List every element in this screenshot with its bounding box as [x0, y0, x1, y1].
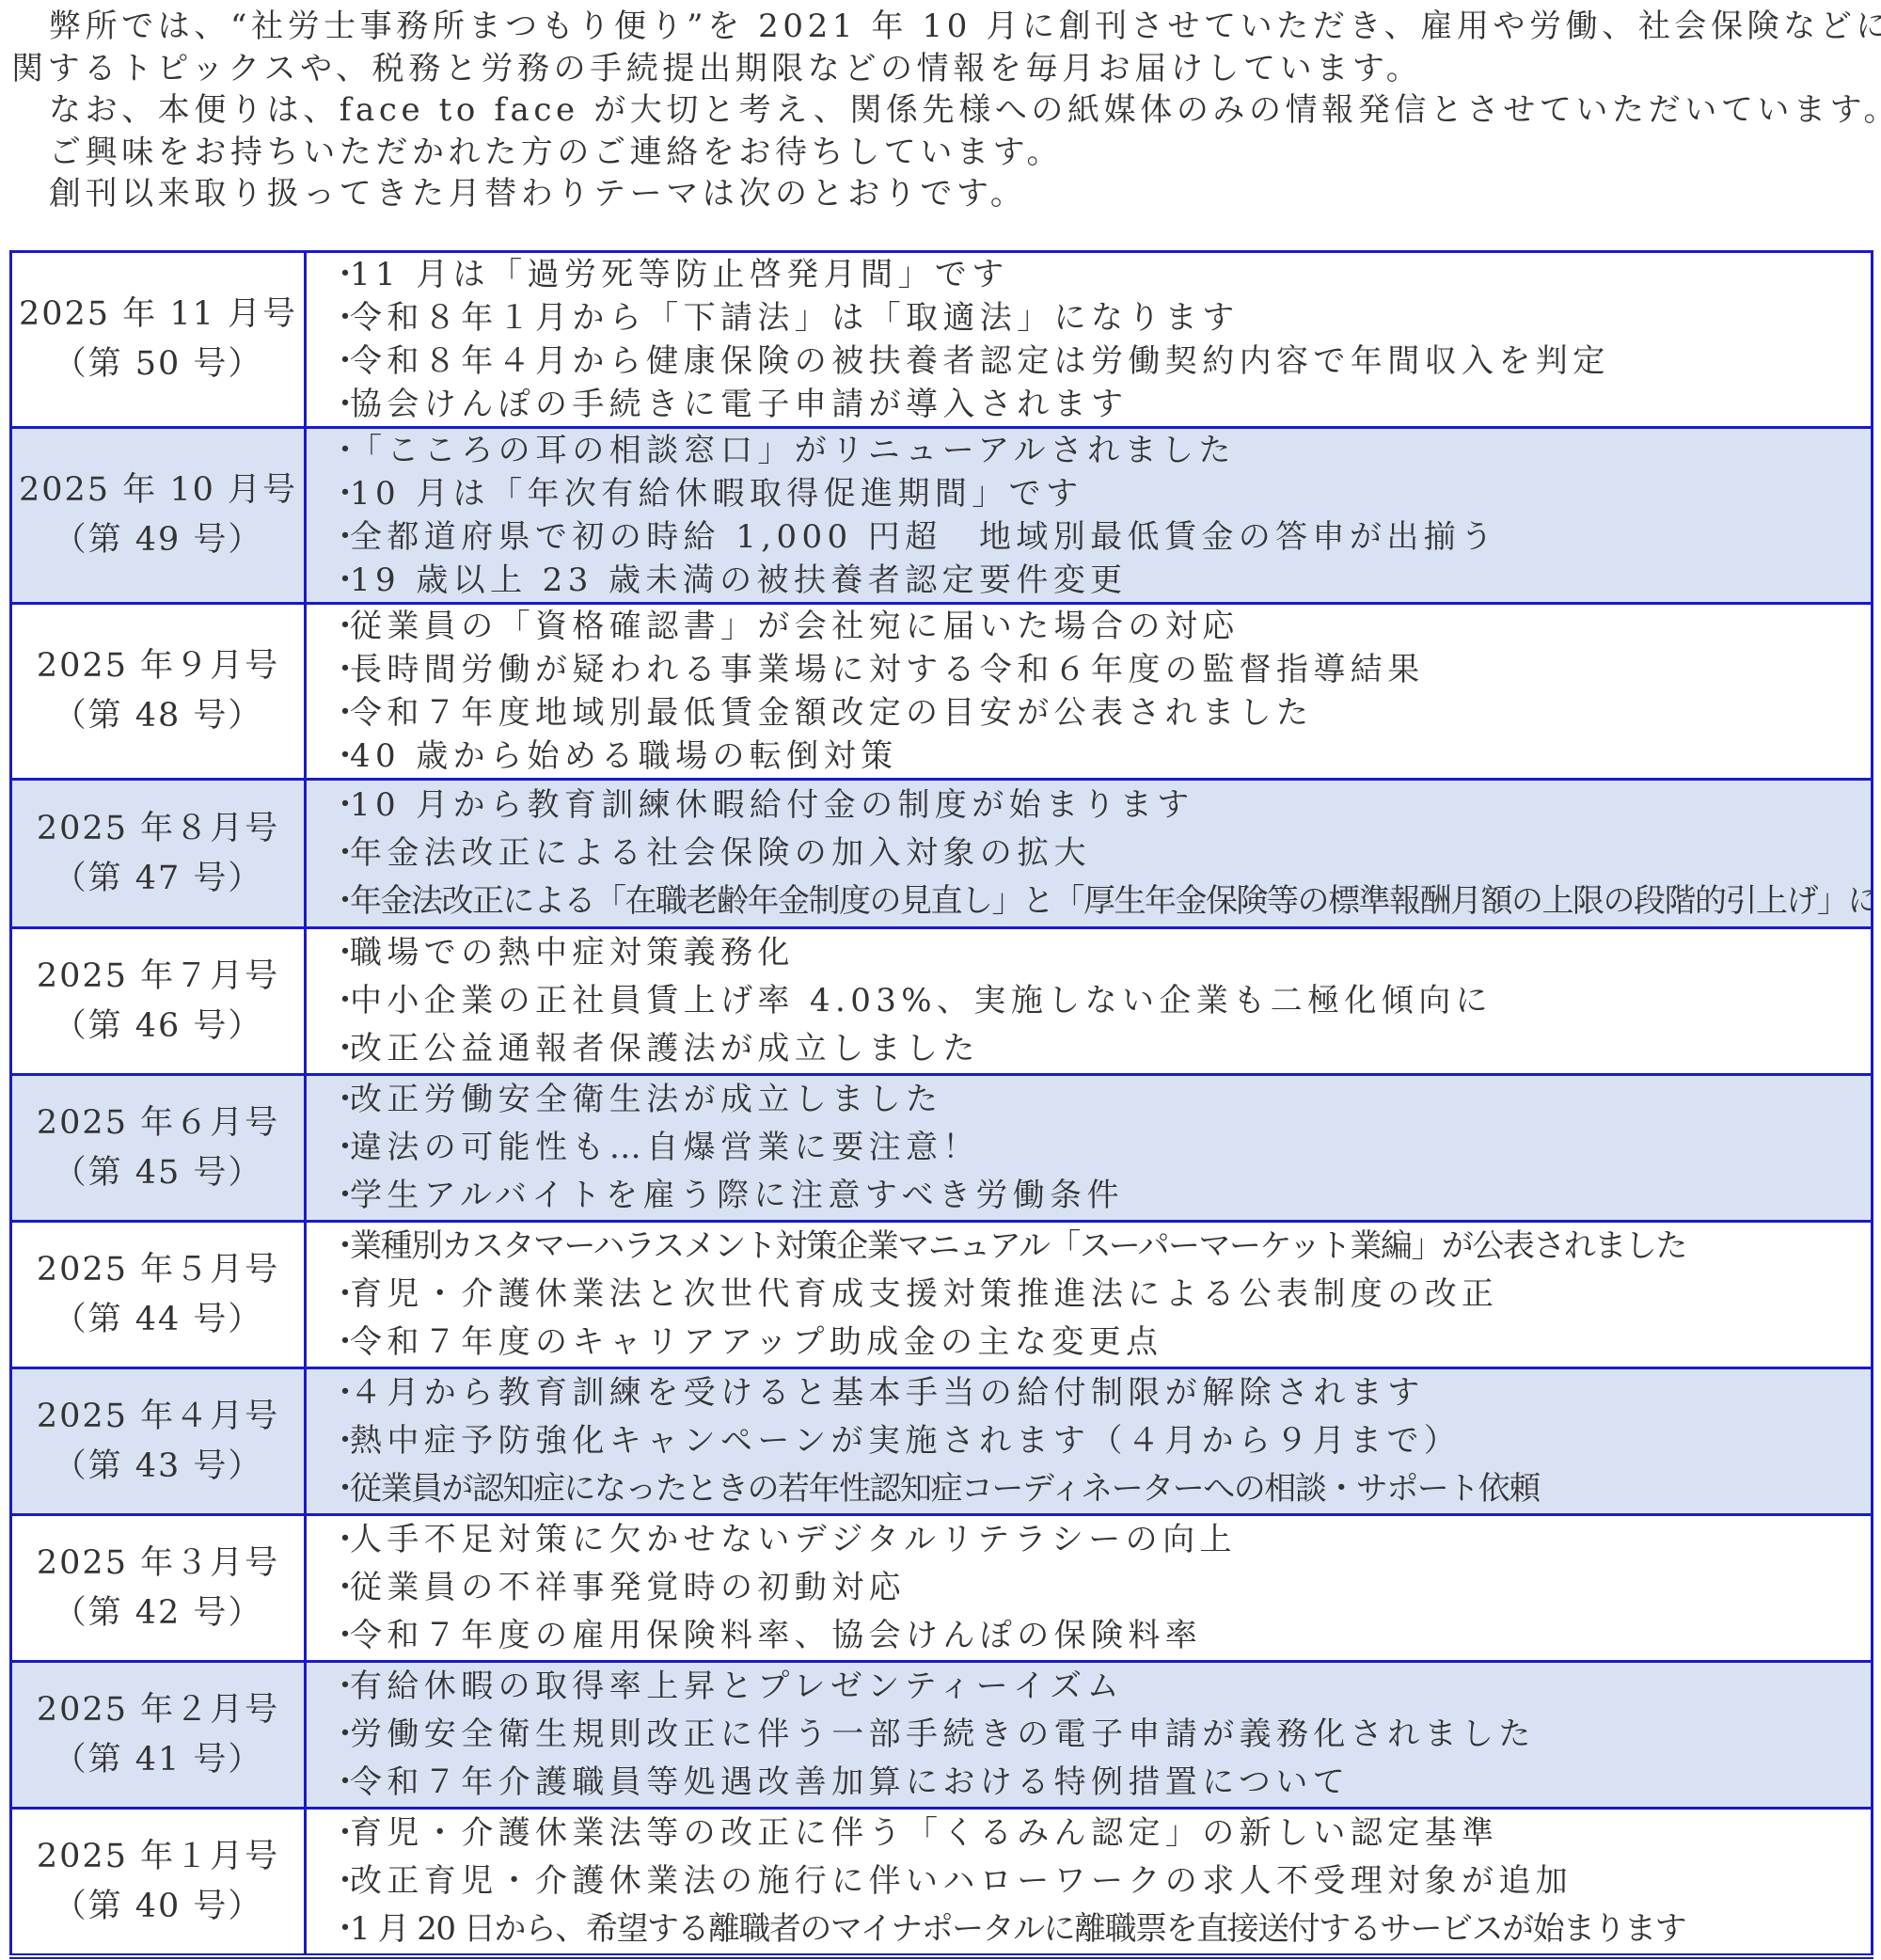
bullet-icon: ・ [329, 929, 350, 977]
topic-item: ・「こころの耳の相談窓口」がリニューアルされました [329, 429, 1871, 472]
topic-item: ・令和７年介護職員等処遇改善加算における特例措置について [329, 1759, 1871, 1807]
table-row: 2025 年６月号 （第 45 号） ・改正労働安全衛生法が成立しました ・違法… [11, 1075, 1873, 1222]
issue-number: （第 49 号） [12, 515, 304, 565]
table-row: 2025 年９月号 （第 48 号） ・従業員の「資格確認書」が会社宛に届いた場… [11, 604, 1873, 780]
bullet-icon: ・ [329, 1810, 350, 1857]
bullet-icon: ・ [329, 1759, 350, 1807]
topic-item: ・令和８年４月から健康保険の被扶養者認定は労働契約内容で年間収入を判定 [329, 340, 1871, 383]
issue-month: 2025 年６月号 [12, 1099, 304, 1148]
table-row: 2025 年７月号 （第 46 号） ・職場での熱中症対策義務化 ・中小企業の正… [11, 928, 1873, 1075]
intro-line: ご興味をお持ちいただかれた方のご連絡をお待ちしています。 [11, 132, 1878, 174]
issue-month: 2025 年２月号 [12, 1685, 304, 1735]
topic-item: ・職場での熱中症対策義務化 [329, 929, 1871, 977]
topic-item: ・熱中症予防強化キャンペーンが実施されます（４月から９月まで） [329, 1417, 1871, 1465]
issue-cell: 2025 年９月号 （第 48 号） [11, 604, 306, 780]
bullet-icon: ・ [329, 1711, 350, 1759]
table-row: 2025 年８月号 （第 47 号） ・10 月から教育訓練休暇給付金の制度が始… [11, 780, 1873, 928]
intro-text: 弊所では、“社労士事務所まつもり便り”を 2021 年 10 月に創刊させていた… [11, 6, 1878, 215]
topic-item: ・従業員の不祥事発覚時の初動対応 [329, 1564, 1871, 1612]
topic-item: ・育児・介護休業法と次世代育成支援対策推進法による公表制度の改正 [329, 1271, 1871, 1319]
monthly-topics-table: 2025 年 11 月号 （第 50 号） ・11 月は「過労死等防止啓発月間」… [9, 250, 1873, 1959]
bullet-icon: ・ [329, 1905, 350, 1953]
bullet-icon: ・ [329, 429, 350, 472]
bullet-icon: ・ [329, 1564, 350, 1612]
bullet-icon: ・ [329, 1612, 350, 1660]
topic-item: ・全都道府県で初の時給 1,000 円超 地域別最低賃金の答申が出揃う [329, 515, 1871, 559]
bullet-icon: ・ [329, 1857, 350, 1905]
topic-item: ・年金法改正による社会保険の加入対象の拡大 [329, 830, 1871, 877]
topic-item: ・長時間労働が疑われる事業場に対する令和６年度の監督指導結果 [329, 648, 1871, 691]
bullet-icon: ・ [329, 830, 350, 877]
bullet-icon: ・ [329, 1319, 350, 1367]
topic-item: ・令和７年度の雇用保険料率、協会けんぽの保険料率 [329, 1612, 1871, 1660]
topic-item: ・人手不足対策に欠かせないデジタルリテラシーの向上 [329, 1516, 1871, 1564]
topics-cell: ・従業員の「資格確認書」が会社宛に届いた場合の対応 ・長時間労働が疑われる事業場… [306, 604, 1873, 780]
issue-cell: 2025 年７月号 （第 46 号） [11, 928, 306, 1075]
bullet-icon: ・ [329, 1516, 350, 1564]
bullet-icon: ・ [329, 782, 350, 830]
bullet-icon: ・ [329, 1271, 350, 1319]
topic-item: ・10 月から教育訓練休暇給付金の制度が始まります [329, 782, 1871, 830]
topics-cell: ・10 月から教育訓練休暇給付金の制度が始まります ・年金法改正による社会保険の… [306, 780, 1873, 928]
intro-line: なお、本便りは、face to face が大切と考え、関係先様への紙媒体のみの… [11, 89, 1878, 132]
topic-item: ・従業員が認知症になったときの若年性認知症コーディネーターへの相談・サポート依頼 [329, 1465, 1871, 1513]
issue-month: 2025 年 11 月号 [12, 290, 304, 340]
issue-cell: 2025 年４月号 （第 43 号） [11, 1368, 306, 1515]
bullet-icon: ・ [329, 1124, 350, 1172]
topics-cell: ・人手不足対策に欠かせないデジタルリテラシーの向上 ・従業員の不祥事発覚時の初動… [306, 1515, 1873, 1662]
topics-cell: ・有給休暇の取得率上昇とプレゼンティーイズム ・労働安全衛生規則改正に伴う一部手… [306, 1662, 1873, 1809]
bullet-icon: ・ [329, 1076, 350, 1124]
issue-cell: 2025 年６月号 （第 45 号） [11, 1075, 306, 1222]
topic-item: ・11 月は「過労死等防止啓発月間」です [329, 253, 1871, 296]
topics-cell: ・職場での熱中症対策義務化 ・中小企業の正社員賃上げ率 4.03%、実施しない企… [306, 928, 1873, 1075]
bullet-icon: ・ [329, 1223, 350, 1271]
issue-number: （第 43 号） [12, 1442, 304, 1492]
table-row: 2025 年 10 月号 （第 49 号） ・「こころの耳の相談窓口」がリニュー… [11, 428, 1873, 604]
issue-number: （第 45 号） [12, 1148, 304, 1198]
issue-month: 2025 年４月号 [12, 1392, 304, 1442]
bullet-icon: ・ [329, 383, 350, 426]
topic-item: ・40 歳から始める職場の転倒対策 [329, 735, 1871, 778]
bullet-icon: ・ [329, 1417, 350, 1465]
issue-cell: 2025 年５月号 （第 44 号） [11, 1222, 306, 1368]
bullet-icon: ・ [329, 1172, 350, 1220]
topic-item: ・協会けんぽの手続きに電子申請が導入されます [329, 383, 1871, 426]
issue-month: 2025 年３月号 [12, 1539, 304, 1589]
issue-cell: 2025 年１月号 （第 40 号） [11, 1809, 306, 1957]
issue-number: （第 42 号） [12, 1589, 304, 1638]
topics-cell: ・11 月は「過労死等防止啓発月間」です ・令和８年１月から「下請法」は「取適法… [306, 252, 1873, 428]
topics-cell: ・業種別カスタマーハラスメント対策企業マニュアル「スーパーマーケット業編」が公表… [306, 1222, 1873, 1368]
topic-item: ・19 歳以上 23 歳未満の被扶養者認定要件変更 [329, 559, 1871, 602]
bullet-icon: ・ [329, 1025, 350, 1073]
bullet-icon: ・ [329, 559, 350, 602]
issue-month: 2025 年 10 月号 [12, 466, 304, 515]
issue-number: （第 48 号） [12, 691, 304, 741]
bullet-icon: ・ [329, 691, 350, 735]
bullet-icon: ・ [329, 1465, 350, 1513]
intro-line: 関するトピックスや、税務と労務の手続提出期限などの情報を毎月お届けしています。 [11, 48, 1878, 90]
issue-number: （第 46 号） [12, 1002, 304, 1051]
issue-cell: 2025 年２月号 （第 41 号） [11, 1662, 306, 1809]
bullet-icon: ・ [329, 735, 350, 778]
topic-item: ・有給休暇の取得率上昇とプレゼンティーイズム [329, 1663, 1871, 1711]
topic-item: ・令和７年度地域別最低賃金額改定の目安が公表されました [329, 691, 1871, 735]
issue-number: （第 47 号） [12, 854, 304, 904]
bullet-icon: ・ [329, 472, 350, 515]
topics-cell: ・「こころの耳の相談窓口」がリニューアルされました ・10 月は「年次有給休暇取… [306, 428, 1873, 604]
bullet-icon: ・ [329, 877, 350, 925]
topics-cell: ・育児・介護休業法等の改正に伴う「くるみん認定」の新しい認定基準 ・改正育児・介… [306, 1809, 1873, 1957]
topic-item: ・業種別カスタマーハラスメント対策企業マニュアル「スーパーマーケット業編」が公表… [329, 1223, 1871, 1271]
issue-cell: 2025 年 10 月号 （第 49 号） [11, 428, 306, 604]
issue-number: （第 40 号） [12, 1882, 304, 1932]
bullet-icon: ・ [329, 648, 350, 691]
bullet-icon: ・ [329, 1369, 350, 1417]
topic-item: ・中小企業の正社員賃上げ率 4.03%、実施しない企業も二極化傾向に [329, 977, 1871, 1025]
topic-item: ・違法の可能性も…自爆営業に要注意！ [329, 1124, 1871, 1172]
bullet-icon: ・ [329, 1663, 350, 1711]
topic-item: ・育児・介護休業法等の改正に伴う「くるみん認定」の新しい認定基準 [329, 1810, 1871, 1857]
issue-month: 2025 年５月号 [12, 1245, 304, 1295]
table-row: 2025 年５月号 （第 44 号） ・業種別カスタマーハラスメント対策企業マニ… [11, 1222, 1873, 1368]
bullet-icon: ・ [329, 340, 350, 383]
intro-line: 創刊以来取り扱ってきた月替わりテーマは次のとおりです。 [11, 173, 1878, 215]
bullet-icon: ・ [329, 253, 350, 296]
topic-item: ・従業員の「資格確認書」が会社宛に届いた場合の対応 [329, 605, 1871, 648]
issue-cell: 2025 年８月号 （第 47 号） [11, 780, 306, 928]
intro-line: 弊所では、“社労士事務所まつもり便り”を 2021 年 10 月に創刊させていた… [11, 6, 1878, 48]
topic-item: ・労働安全衛生規則改正に伴う一部手続きの電子申請が義務化されました [329, 1711, 1871, 1759]
topics-cell: ・改正労働安全衛生法が成立しました ・違法の可能性も…自爆営業に要注意！ ・学生… [306, 1075, 1873, 1222]
issue-number: （第 50 号） [12, 340, 304, 389]
issue-month: 2025 年７月号 [12, 952, 304, 1002]
issue-month: 2025 年８月号 [12, 804, 304, 854]
table-row: 2025 年４月号 （第 43 号） ・４月から教育訓練を受けると基本手当の給付… [11, 1368, 1873, 1515]
bullet-icon: ・ [329, 296, 350, 340]
topic-item: ・令和７年度のキャリアアップ助成金の主な変更点 [329, 1319, 1871, 1367]
table-row: 2025 年１月号 （第 40 号） ・育児・介護休業法等の改正に伴う「くるみん… [11, 1809, 1873, 1957]
issue-month: 2025 年９月号 [12, 641, 304, 691]
topic-item: ・改正育児・介護休業法の施行に伴いハローワークの求人不受理対象が追加 [329, 1857, 1871, 1905]
issue-number: （第 41 号） [12, 1735, 304, 1785]
issue-number: （第 44 号） [12, 1295, 304, 1345]
topic-item: ・４月から教育訓練を受けると基本手当の給付制限が解除されます [329, 1369, 1871, 1417]
topic-item: ・年金法改正による「在職老齢年金制度の見直し」と「厚生年金保険等の標準報酬月額の… [329, 877, 1871, 925]
topic-item: ・1 月 20 日から、希望する離職者のマイナポータルに離職票を直接送付するサー… [329, 1905, 1871, 1953]
issue-month: 2025 年１月号 [12, 1832, 304, 1882]
topic-item: ・10 月は「年次有給休暇取得促進期間」です [329, 472, 1871, 515]
topic-item: ・改正公益通報者保護法が成立しました [329, 1025, 1871, 1073]
topic-item: ・学生アルバイトを雇う際に注意すべき労働条件 [329, 1172, 1871, 1220]
topic-item: ・改正労働安全衛生法が成立しました [329, 1076, 1871, 1124]
topics-cell: ・４月から教育訓練を受けると基本手当の給付制限が解除されます ・熱中症予防強化キ… [306, 1368, 1873, 1515]
bullet-icon: ・ [329, 605, 350, 648]
table-row: 2025 年３月号 （第 42 号） ・人手不足対策に欠かせないデジタルリテラシ… [11, 1515, 1873, 1662]
bullet-icon: ・ [329, 515, 350, 559]
bullet-icon: ・ [329, 977, 350, 1025]
issue-cell: 2025 年 11 月号 （第 50 号） [11, 252, 306, 428]
table-row: 2025 年 11 月号 （第 50 号） ・11 月は「過労死等防止啓発月間」… [11, 252, 1873, 428]
topic-item: ・令和８年１月から「下請法」は「取適法」になります [329, 296, 1871, 340]
table-row: 2025 年２月号 （第 41 号） ・有給休暇の取得率上昇とプレゼンティーイズ… [11, 1662, 1873, 1809]
issue-cell: 2025 年３月号 （第 42 号） [11, 1515, 306, 1662]
